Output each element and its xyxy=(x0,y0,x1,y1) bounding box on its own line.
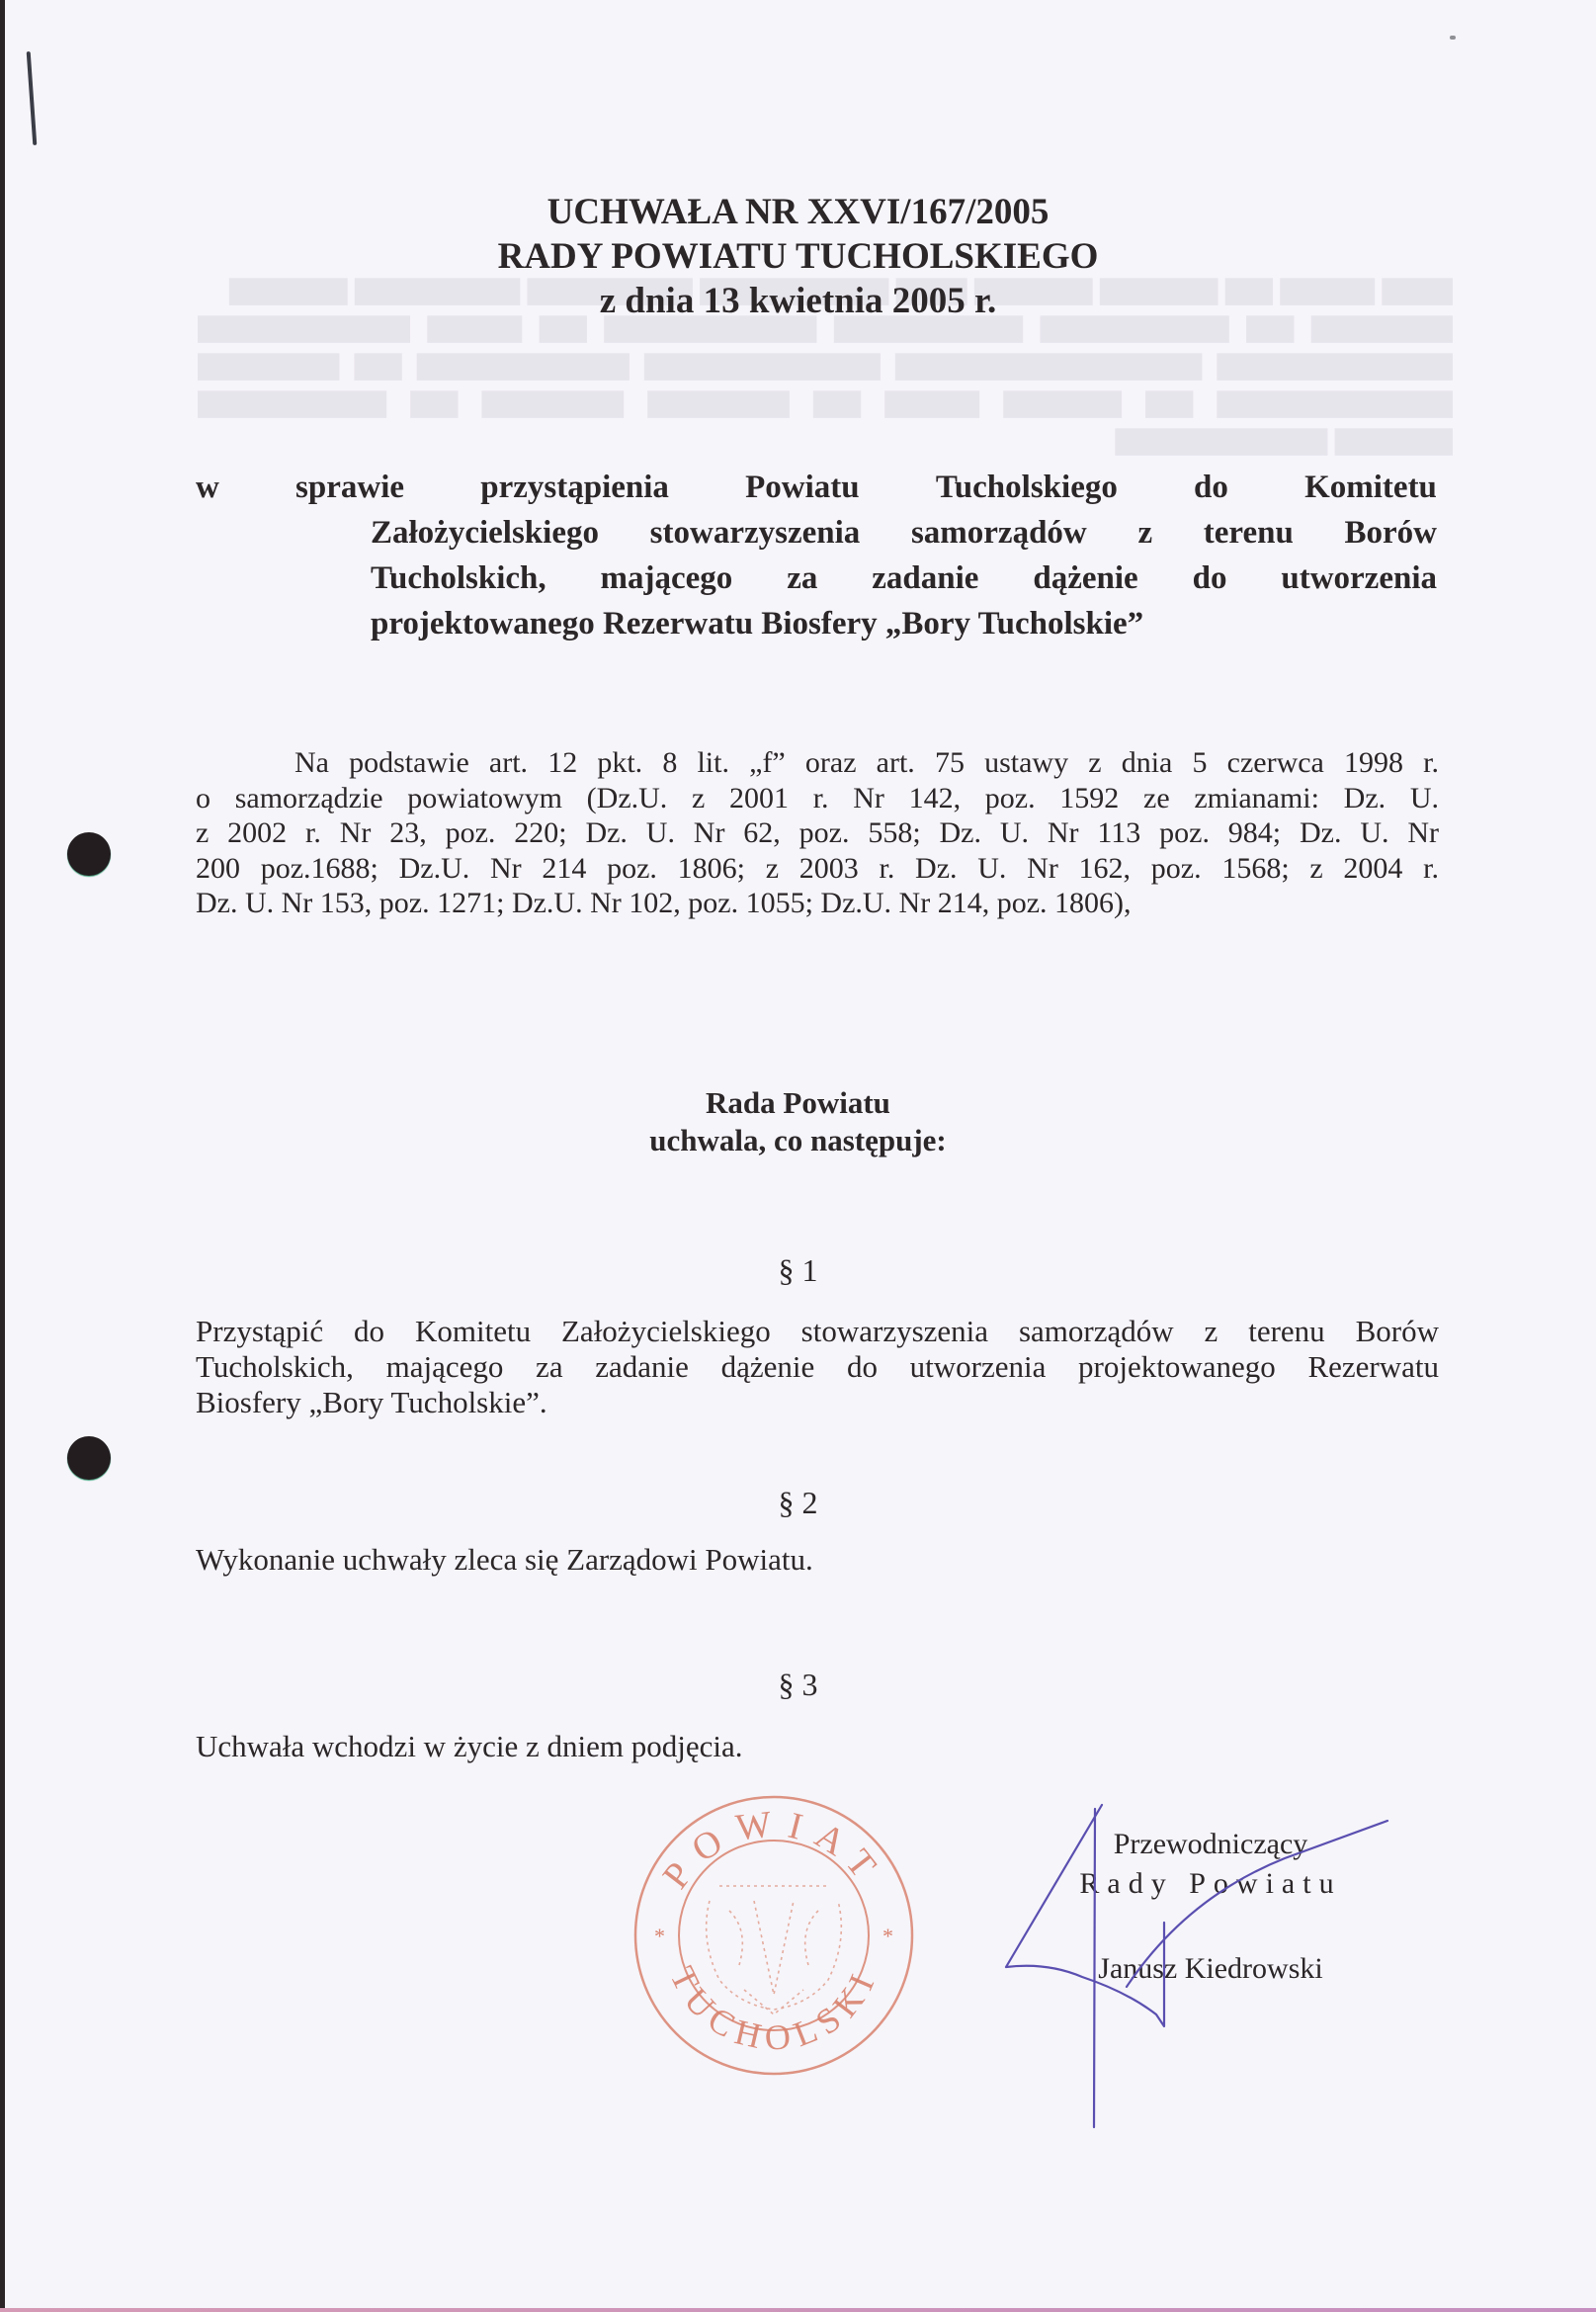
signatory-name: Janusz Kiedrowski xyxy=(1043,1949,1379,1989)
subject-word: do xyxy=(1194,465,1228,510)
legal-basis: Na podstawie art. 12 pkt. 8 lit. „f” ora… xyxy=(196,745,1439,921)
enactment-formula: uchwala, co następuje: xyxy=(0,1122,1596,1159)
resolution-subject: w sprawie przystąpienia Powiatu Tucholsk… xyxy=(196,465,1437,646)
signatory-role-title: Przewodniczący xyxy=(1043,1825,1379,1864)
subject-line: projektowanego Rezerwatu Biosfery „Bory … xyxy=(371,601,1437,646)
legal-basis-line: Na podstawie art. 12 pkt. 8 lit. „f” ora… xyxy=(196,745,1439,781)
section-1-text: Przystąpić do Komitetu Założycielskiego … xyxy=(196,1314,1439,1420)
section-line: Biosfery „Bory Tucholskie”. xyxy=(196,1385,1439,1420)
issuing-body: RADY POWIATU TUCHOLSKIEGO xyxy=(0,234,1596,279)
council-name: Rada Powiatu xyxy=(0,1084,1596,1122)
subject-word: w xyxy=(196,465,219,510)
svg-text:TUCHOLSKI: TUCHOLSKI xyxy=(662,1960,884,2057)
staple-mark xyxy=(27,51,38,145)
scan-speck xyxy=(1450,36,1456,40)
subject-continuation: Założycielskiego stowarzyszenia samorząd… xyxy=(196,510,1437,646)
resolution-header: UCHWAŁA NR XXVI/167/2005 RADY POWIATU TU… xyxy=(0,190,1596,323)
resolution-number: UCHWAŁA NR XXVI/167/2005 xyxy=(0,190,1596,234)
svg-text:POWIAT: POWIAT xyxy=(655,1802,892,1897)
subject-word: przystąpienia xyxy=(480,465,669,510)
legal-basis-line: z 2002 r. Nr 23, poz. 220; Dz. U. Nr 62,… xyxy=(196,815,1439,851)
subject-word: Tucholskiego xyxy=(936,465,1118,510)
section-1-heading: § 1 xyxy=(0,1252,1596,1289)
legal-basis-line: Dz. U. Nr 153, poz. 1271; Dz.U. Nr 102, … xyxy=(196,886,1439,921)
section-2-heading: § 2 xyxy=(0,1485,1596,1521)
subject-word: sprawie xyxy=(295,465,404,510)
subject-word: Powiatu xyxy=(745,465,860,510)
signature-block: Przewodniczący Rady Powiatu Janusz Kiedr… xyxy=(1043,1825,1379,1989)
subject-line: Założycielskiego stowarzyszenia samorząd… xyxy=(371,510,1437,556)
subject-line: Tucholskich, mającego za zadanie dążenie… xyxy=(371,556,1437,601)
scan-bottom-edge xyxy=(0,2308,1596,2312)
punch-hole-icon xyxy=(67,832,111,876)
subject-word: Komitetu xyxy=(1304,465,1437,510)
signatory-role-body: Rady Powiatu xyxy=(1043,1864,1379,1904)
svg-text:*: * xyxy=(882,1924,893,1948)
section-line: Przystąpić do Komitetu Założycielskiego … xyxy=(196,1314,1439,1349)
svg-text:*: * xyxy=(654,1924,665,1948)
punch-hole-icon xyxy=(67,1436,111,1480)
section-3-text: Uchwała wchodzi w życie z dniem podjęcia… xyxy=(196,1729,1439,1764)
legal-basis-line: 200 poz.1688; Dz.U. Nr 214 poz. 1806; z … xyxy=(196,851,1439,887)
section-3-heading: § 3 xyxy=(0,1667,1596,1703)
official-seal-icon: POWIAT TUCHOLSKI * * xyxy=(630,1792,917,2079)
section-2-text: Wykonanie uchwały zleca się Zarządowi Po… xyxy=(196,1542,1439,1578)
legal-basis-line: o samorządzie powiatowym (Dz.U. z 2001 r… xyxy=(196,781,1439,816)
resolution-date: z dnia 13 kwietnia 2005 r. xyxy=(0,279,1596,323)
section-line: Tucholskich, mającego za zadanie dążenie… xyxy=(196,1349,1439,1385)
subject-first-line: w sprawie przystąpienia Powiatu Tucholsk… xyxy=(196,465,1437,510)
council-enactment: Rada Powiatu uchwala, co następuje: xyxy=(0,1084,1596,1159)
